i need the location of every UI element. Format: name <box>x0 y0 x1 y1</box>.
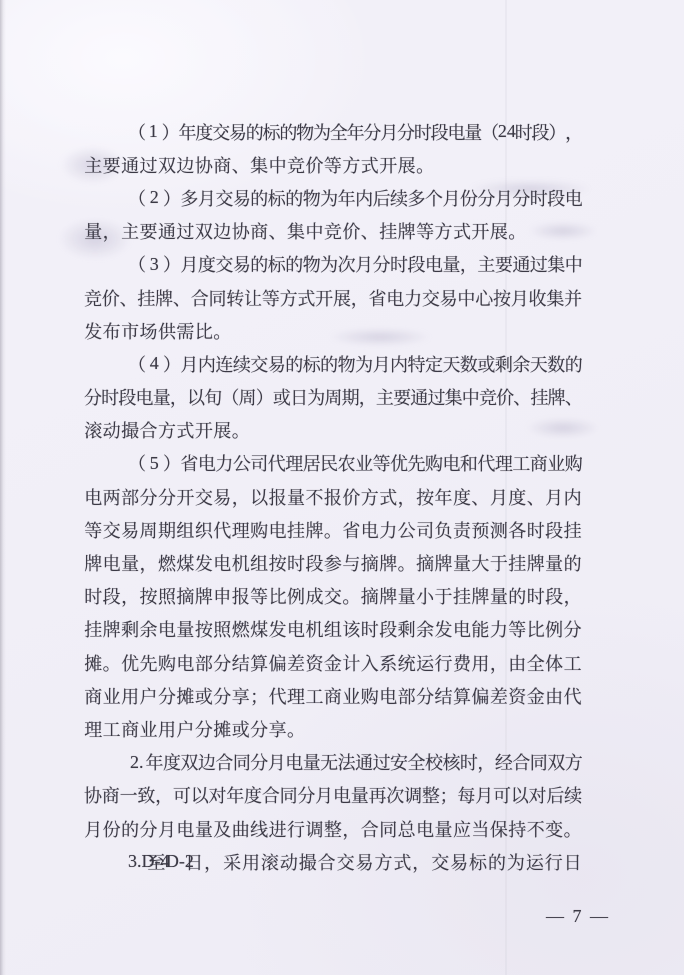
body-text: （1）年度交易的标的物为全年分月分时段电量（24时段）， 主要通过双边协商、集中… <box>84 115 582 878</box>
text-line: 竞价、挂牌、合同转让等方式开展，省电力交易中心按月收集并 <box>84 281 582 314</box>
text-line: （5）省电力公司代理居民农业等优先购电和代理工商业购 <box>84 447 582 480</box>
text-line: 量，主要通过双边协商、集中竞价、挂牌等方式开展。 <box>84 215 582 248</box>
page-number: — 7 — <box>546 906 610 927</box>
text-line: 发布市场供需比。 <box>84 314 582 347</box>
text-line: 2.年度双边合同分月电量无法通过安全校核时，经合同双方 <box>84 746 582 779</box>
text-line: 理工商业用户分摊或分享。 <box>84 712 582 745</box>
text-line: 滚动撮合方式开展。 <box>84 414 582 447</box>
text-line: 主要通过双边协商、集中竞价等方式开展。 <box>84 148 582 181</box>
text-line: （2）多月交易的标的物为年内后续多个月份分月分时段电 <box>84 181 582 214</box>
text-line: 分时段电量，以旬（周）或日为周期，主要通过集中竞价、挂牌、 <box>84 381 582 414</box>
text-line: 电两部分分开交易，以报量不报价方式，按年度、月度、月内 <box>84 480 582 513</box>
text-line: （1）年度交易的标的物为全年分月分时段电量（24时段）， <box>84 115 582 148</box>
text-line: 时段，按照摘牌申报等比例成交。摘牌量小于挂牌量的时段， <box>84 580 582 613</box>
scanned-document-page: （1）年度交易的标的物为全年分月分时段电量（24时段）， 主要通过双边协商、集中… <box>0 0 684 975</box>
text-line: 等交易周期组织代理购电挂牌。省电力公司负责预测各时段挂 <box>84 513 582 546</box>
text-line: （4）月内连续交易的标的物为月内特定天数或剩余天数的 <box>84 347 582 380</box>
text-line: （3）月度交易的标的物为次月分时段电量，主要通过集中 <box>84 248 582 281</box>
text-line: 挂牌剩余电量按照燃煤发电机组该时段剩余发电能力等比例分 <box>84 613 582 646</box>
text-line: 牌电量，燃煤发电机组按时段参与摘牌。摘牌量大于挂牌量的 <box>84 546 582 579</box>
text-line: 3.D-4至D-2日，采用滚动撮合交易方式，交易标的为运行日 <box>84 845 582 878</box>
text-line: 商业用户分摊或分享；代理工商业购电部分结算偏差资金由代 <box>84 679 582 712</box>
text-line: 协商一致，可以对年度合同分月电量再次调整；每月可以对后续 <box>84 779 582 812</box>
scan-edge-shadow <box>0 0 6 975</box>
text-line: 摊。优先购电部分结算偏差资金计入系统运行费用，由全体工 <box>84 646 582 679</box>
text-line: 月份的分月电量及曲线进行调整，合同总电量应当保持不变。 <box>84 812 582 845</box>
